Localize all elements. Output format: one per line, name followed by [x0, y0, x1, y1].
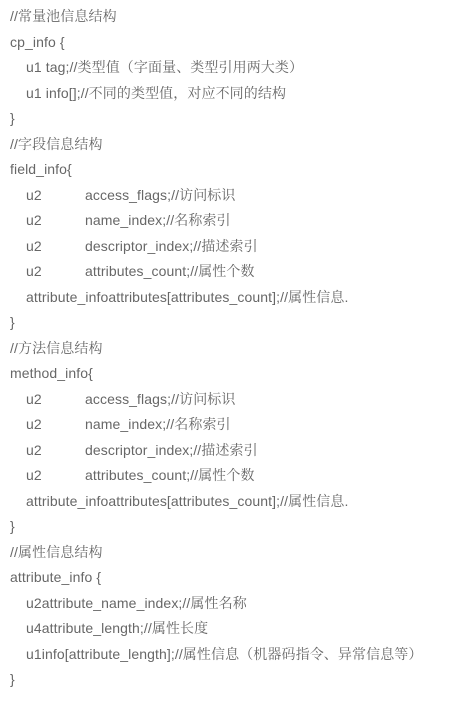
code-line: u2name_index;//名称索引: [10, 208, 460, 234]
code-line: u2access_flags;//访问标识: [10, 387, 460, 413]
code-line: u2descriptor_index;//描述索引: [10, 438, 460, 464]
type-column: u2: [26, 183, 85, 209]
code-line: //常量池信息结构: [10, 4, 460, 30]
code-line: u2attributes_count;//属性个数: [10, 463, 460, 489]
type-column: u2: [26, 463, 85, 489]
type-column: u2: [26, 438, 85, 464]
type-column: u2: [26, 387, 85, 413]
code-line: attribute_infoattributes[attributes_coun…: [10, 489, 460, 515]
code-line: }: [10, 667, 460, 693]
code-line: }: [10, 310, 460, 336]
code-line: }: [10, 106, 460, 132]
member-declaration: descriptor_index;//描述索引: [85, 238, 258, 254]
type-column: u2: [26, 234, 85, 260]
code-line: u2descriptor_index;//描述索引: [10, 234, 460, 260]
code-line: u4attribute_length;//属性长度: [10, 616, 460, 642]
code-block: //常量池信息结构cp_info {u1 tag;//类型值（字面量、类型引用两…: [0, 0, 468, 728]
code-line: }: [10, 514, 460, 540]
member-declaration: access_flags;//访问标识: [85, 391, 236, 407]
code-line: attribute_infoattributes[attributes_coun…: [10, 285, 460, 311]
code-line: u2attribute_name_index;//属性名称: [10, 591, 460, 617]
code-line: u2name_index;//名称索引: [10, 412, 460, 438]
code-line: u1 info[];//不同的类型值，对应不同的结构: [10, 81, 460, 107]
member-declaration: access_flags;//访问标识: [85, 187, 236, 203]
code-line: //字段信息结构: [10, 132, 460, 158]
type-column: u2: [26, 208, 85, 234]
code-line: u1 tag;//类型值（字面量、类型引用两大类）: [10, 55, 460, 81]
code-line: //方法信息结构: [10, 336, 460, 362]
member-declaration: attributes_count;//属性个数: [85, 263, 255, 279]
member-declaration: name_index;//名称索引: [85, 212, 231, 228]
member-declaration: attributes_count;//属性个数: [85, 467, 255, 483]
code-line: u2attributes_count;//属性个数: [10, 259, 460, 285]
code-line: //属性信息结构: [10, 540, 460, 566]
member-declaration: name_index;//名称索引: [85, 416, 231, 432]
code-line: method_info{: [10, 361, 460, 387]
type-column: u2: [26, 412, 85, 438]
code-line: u1info[attribute_length];//属性信息（机器码指令、异常…: [10, 642, 460, 668]
code-line: attribute_info {: [10, 565, 460, 591]
code-line: cp_info {: [10, 30, 460, 56]
member-declaration: descriptor_index;//描述索引: [85, 442, 258, 458]
code-line: u2access_flags;//访问标识: [10, 183, 460, 209]
code-line: field_info{: [10, 157, 460, 183]
type-column: u2: [26, 259, 85, 285]
